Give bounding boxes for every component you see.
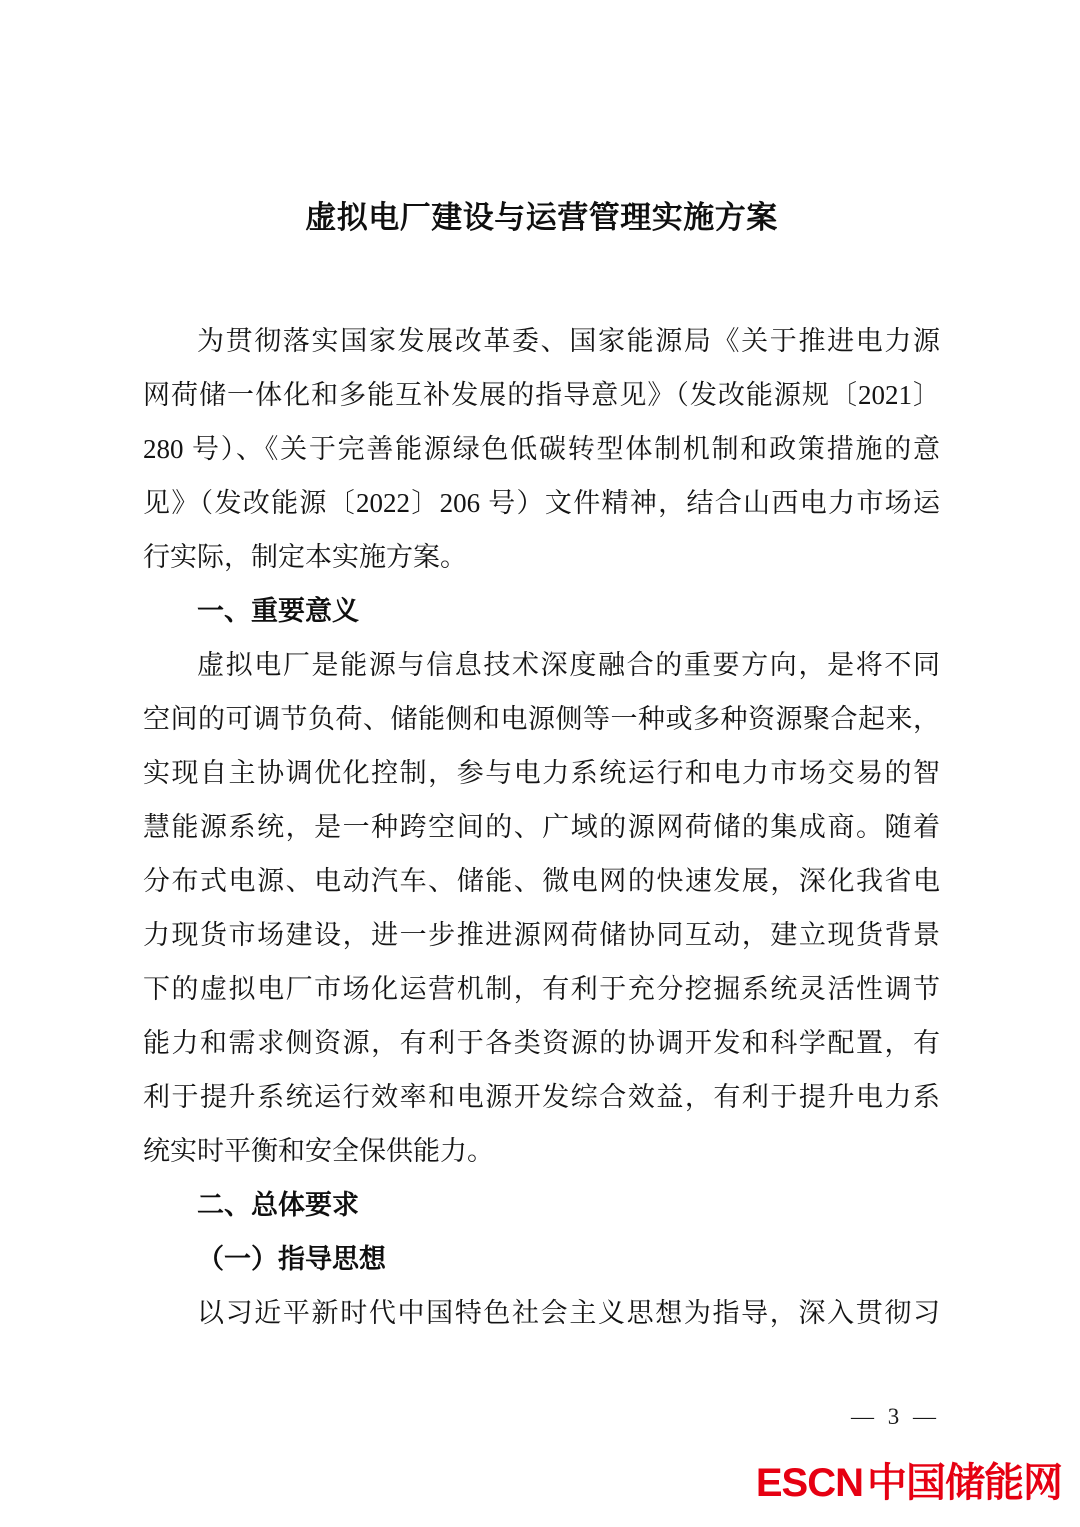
intro-paragraph-line: 网荷储一体化和多能互补发展的指导意见》（发改能源规〔2021〕 (143, 368, 940, 422)
intro-paragraph-line: 为贯彻落实国家发展改革委、国家能源局《关于推进电力源 (143, 314, 940, 368)
section-1-line: 分布式电源、电动汽车、储能、微电网的快速发展，深化我省电 (143, 854, 940, 908)
document-page: 虚拟电厂建设与运营管理实施方案 为贯彻落实国家发展改革委、国家能源局《关于推进电… (0, 0, 1080, 1527)
logo-latin-text: ESCN (756, 1461, 863, 1505)
intro-paragraph-line: 见》（发改能源〔2022〕206 号）文件精神，结合山西电力市场运 (143, 476, 940, 530)
page-number: — 3 — (851, 1402, 940, 1432)
section-heading-2: 二、总体要求 (143, 1178, 940, 1232)
section-1-line: 下的虚拟电厂市场化运营机制，有利于充分挖掘系统灵活性调节 (143, 962, 940, 1016)
section-1-line: 利于提升系统运行效率和电源开发综合效益，有利于提升电力系 (143, 1070, 940, 1124)
document-title: 虚拟电厂建设与运营管理实施方案 (143, 196, 940, 240)
section-1-line: 虚拟电厂是能源与信息技术深度融合的重要方向，是将不同 (143, 638, 940, 692)
section-1-line: 统实时平衡和安全保供能力。 (143, 1124, 940, 1178)
section-1-line: 能力和需求侧资源，有利于各类资源的协调开发和科学配置，有 (143, 1016, 940, 1070)
section-2-line: 以习近平新时代中国特色社会主义思想为指导，深入贯彻习 (143, 1286, 940, 1340)
section-1-line: 慧能源系统，是一种跨空间的、广域的源网荷储的集成商。随着 (143, 800, 940, 854)
intro-paragraph-line: 行实际，制定本实施方案。 (143, 530, 940, 584)
section-1-line: 力现货市场建设，进一步推进源网荷储协同互动，建立现货背景 (143, 908, 940, 962)
logo-chinese-text: 中国储能网 (867, 1461, 1062, 1505)
section-heading-1: 一、重要意义 (143, 584, 940, 638)
subsection-heading-2-1: （一）指导思想 (143, 1232, 940, 1286)
section-1-line: 实现自主协调优化控制，参与电力系统运行和电力市场交易的智 (143, 746, 940, 800)
document-body: 为贯彻落实国家发展改革委、国家能源局《关于推进电力源 网荷储一体化和多能互补发展… (143, 314, 940, 1340)
intro-paragraph-line: 280 号）、《关于完善能源绿色低碳转型体制机制和政策措施的意 (143, 422, 940, 476)
escn-logo: ESCN中国储能网 (756, 1461, 1062, 1505)
section-1-line: 空间的可调节负荷、储能侧和电源侧等一种或多种资源聚合起来， (143, 692, 940, 746)
